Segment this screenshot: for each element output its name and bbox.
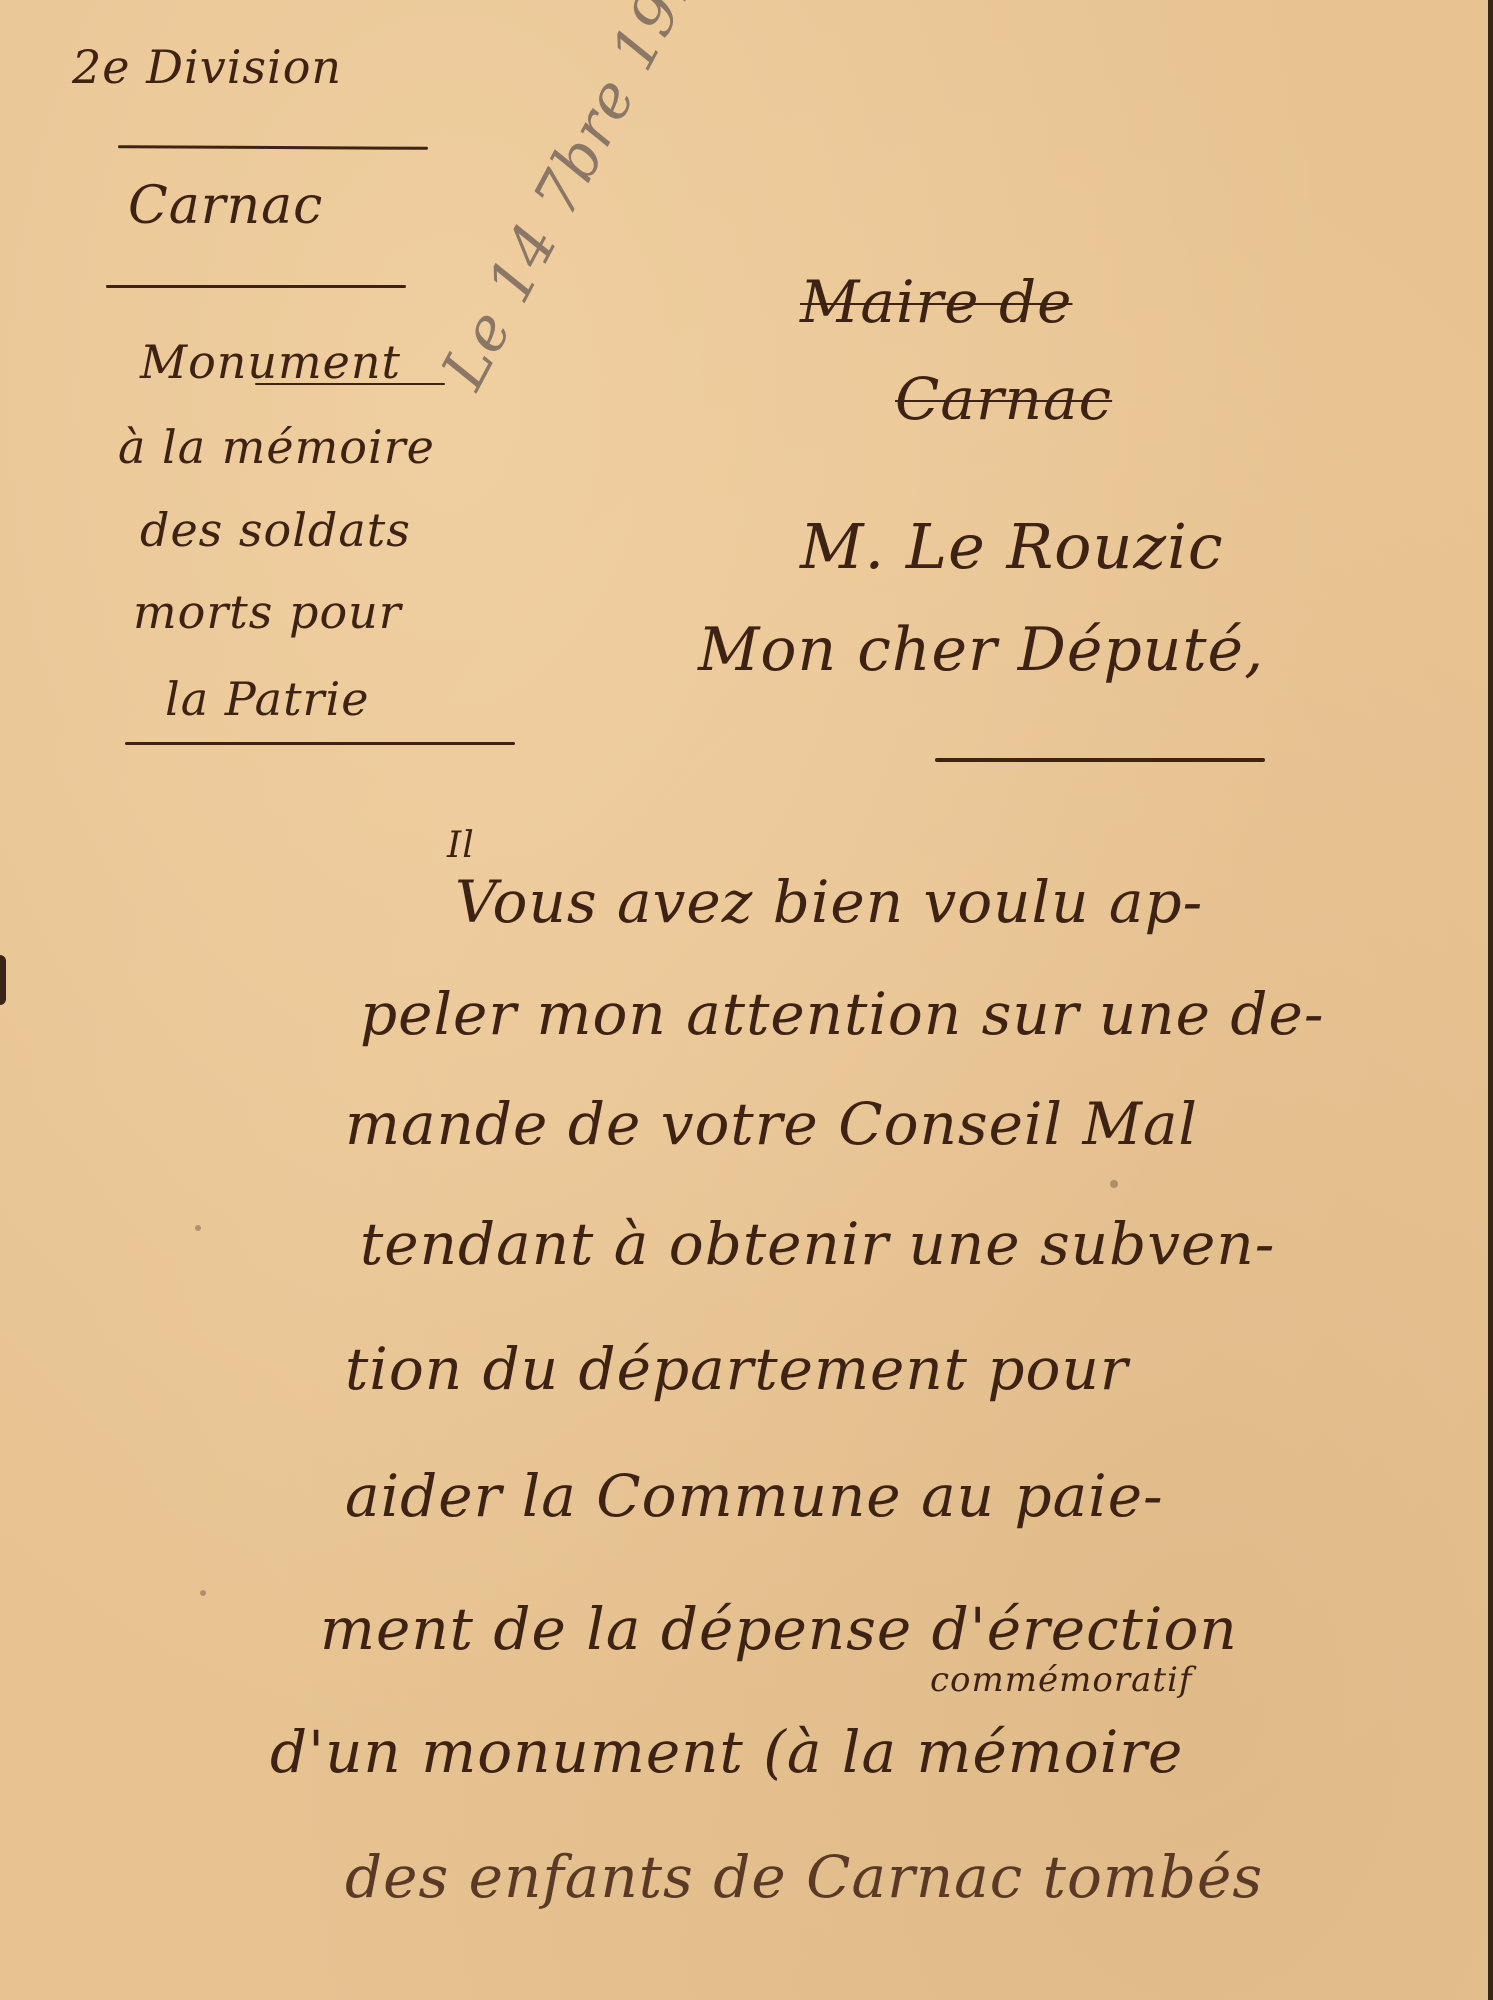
body-line: tendant à obtenir une subven-	[360, 1210, 1275, 1278]
paper-speck	[195, 1225, 201, 1231]
division-label: 2e Division	[72, 40, 342, 94]
subject-line: à la mémoire	[118, 420, 435, 474]
salutation: Mon cher Député,	[698, 615, 1264, 685]
body-line: aider la Commune au paie-	[345, 1462, 1164, 1530]
insert-mark: Il	[447, 825, 475, 866]
paper-speck	[200, 1590, 206, 1596]
body-line: mande de votre Conseil Mal	[345, 1090, 1198, 1158]
margin-rule	[125, 742, 515, 745]
recipient-name: M. Le Rouzic	[800, 510, 1224, 583]
commune-label: Carnac	[128, 176, 323, 236]
margin-rule	[118, 145, 428, 150]
pencil-date: Le 14 7bre 1919	[428, 0, 733, 400]
subject-line: Monument	[140, 335, 401, 389]
letter-page: 2e Division Carnac Monument à la mémoire…	[0, 0, 1493, 2000]
body-line: peler mon attention sur une de-	[360, 980, 1324, 1048]
subject-line: la Patrie	[165, 672, 369, 726]
interlinear-insert: commémoratif	[930, 1660, 1192, 1700]
paper-speck	[1110, 1180, 1118, 1188]
margin-rule	[255, 383, 445, 385]
salutation-rule	[935, 758, 1265, 762]
subject-line: des soldats	[140, 503, 411, 557]
body-line: des enfants de Carnac tombés	[345, 1843, 1263, 1911]
body-line: tion du département pour	[345, 1335, 1129, 1403]
subject-line: morts pour	[133, 585, 402, 639]
struck-heading-maire: Maire de	[800, 268, 1072, 336]
ink-mark	[0, 955, 6, 1005]
body-line: d'un monument (à la mémoire	[270, 1718, 1183, 1786]
page-edge	[1488, 0, 1493, 2000]
struck-heading-commune: Carnac	[895, 365, 1112, 433]
body-line: Vous avez bien voulu ap-	[455, 868, 1203, 936]
margin-rule	[106, 285, 406, 288]
body-line: ment de la dépense d'érection	[320, 1595, 1238, 1663]
